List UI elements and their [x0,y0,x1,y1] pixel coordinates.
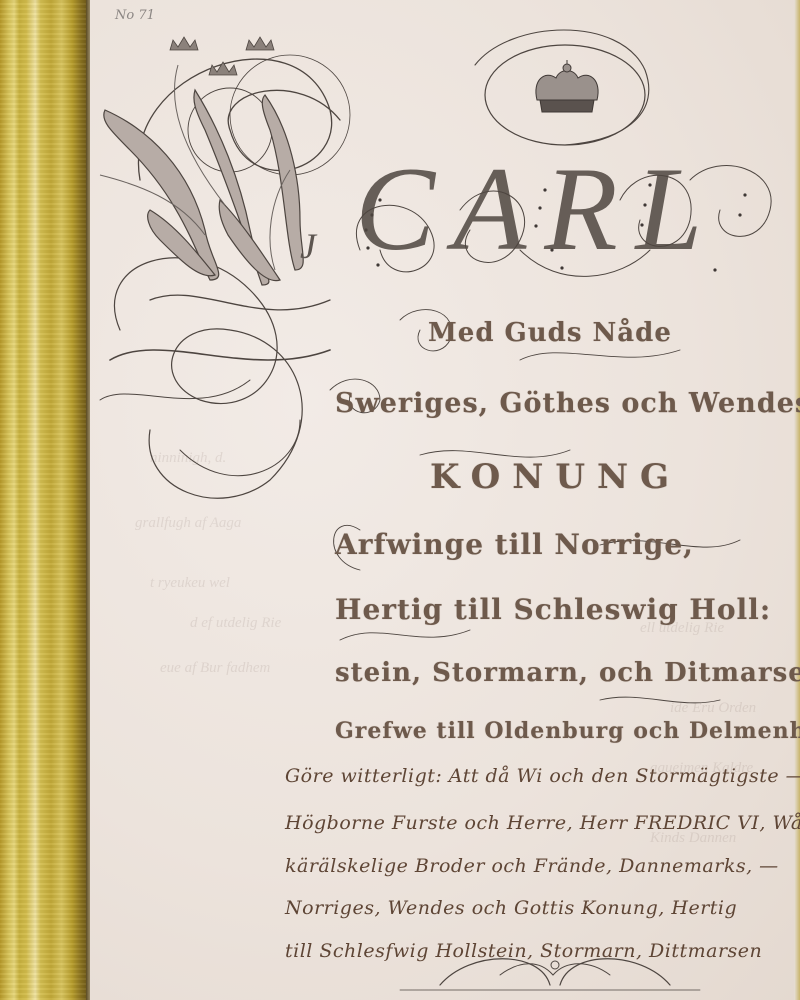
heading-line-7: Grefwe till Oldenburg och Delmenhorst [335,718,800,744]
heading-line-2: Sweriges, Göthes och Wendes [335,388,800,419]
heading-line-4: Arfwinge till Norrige, [335,528,694,561]
heading-line-6: stein, Stormarn, och Ditmarsen, [335,658,800,688]
document-title: CARL [355,140,720,278]
heading-line-3: KONUNG [430,457,681,497]
heading-line-5: Hertig till Schleswig Holl: [335,593,771,626]
body-line-1: Göre witterligt: Att då Wi och den Storm… [285,765,800,787]
heading-line-1: Med Guds Nåde [428,318,672,348]
body-line-2: Högborne Furste och Herre, Herr FREDRIC … [285,812,800,834]
body-line-3: käräls­kelige Broder och Frände, Dannema… [285,855,779,877]
title-prefix: J [300,225,316,267]
body-line-4: Norriges, Wendes och Gottis Konung, Hert… [285,897,737,919]
body-line-5: till Schlesfwig Hollstein, Stormarn, Dit… [285,940,762,962]
